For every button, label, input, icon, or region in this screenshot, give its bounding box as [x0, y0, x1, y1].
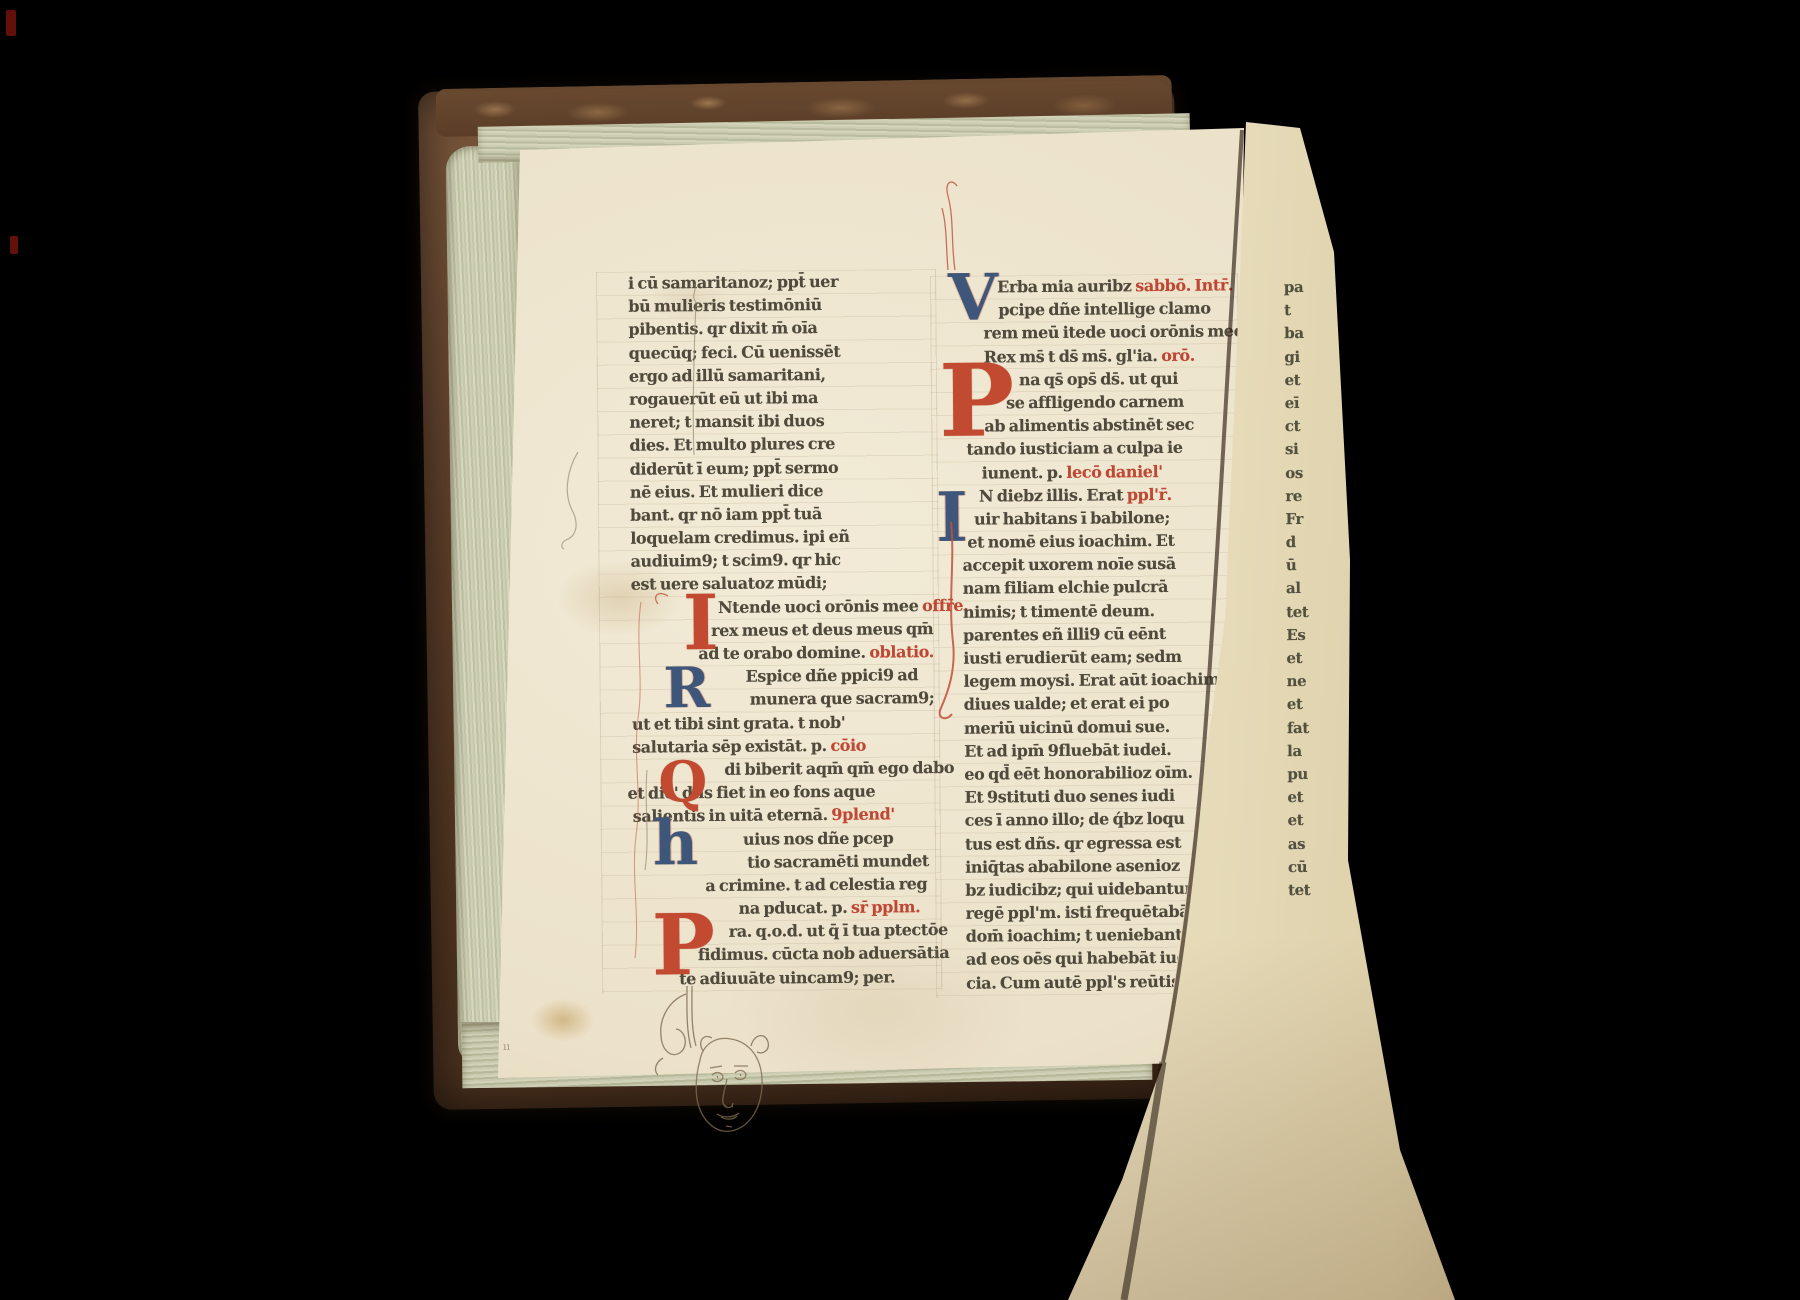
text-segment: Et 9stituti duo senes iudi — [964, 786, 1174, 807]
edge-text-fragment: et — [1286, 647, 1308, 670]
text-line: munera que sacram9; — [600, 686, 940, 712]
text-line: est uere saluatoz mūdi; — [599, 570, 939, 596]
text-line: accepit uxorem noīe susā — [932, 552, 1240, 578]
edge-text-fragment: pa — [1284, 276, 1306, 299]
text-line: legem moysi. Erat aūt ioachim — [933, 667, 1241, 693]
text-line: et dic' dñs fiet in eo fons aque — [600, 779, 940, 805]
text-line: parentes eñ illi9 cū eēnt — [933, 621, 1241, 647]
rubric-segment: cōio — [830, 735, 866, 754]
text-line: nam filiam elchie pulcrā — [933, 575, 1241, 601]
manuscript-photo: i cū samaritanoz; ppt̄ uerbū mulieris te… — [0, 0, 1800, 1300]
decorated-initial: P — [939, 355, 1015, 446]
text-segment: diues ualde; et erat ei po — [964, 693, 1170, 714]
text-segment: accepit uxorem noīe susā — [962, 554, 1175, 575]
edge-text-fragment: fat — [1287, 716, 1309, 739]
text-segment: pibentis. qr dixit m̄ oīa — [628, 318, 817, 339]
edge-text-fragment: tet — [1288, 879, 1310, 902]
text-segment: uius nos dñe pcep — [743, 828, 894, 848]
text-line: Et 9stituti duo senes iudi — [934, 783, 1242, 809]
text-segment: ad eos oēs qui habebāt iudi — [966, 948, 1193, 969]
edge-text-fragment: et — [1284, 369, 1306, 392]
text-line: diderūt ī eum; ppt̄ sermo — [598, 455, 938, 481]
text-line: dies. Et multo plures cre — [597, 431, 937, 457]
edge-text-fragment: ba — [1284, 322, 1306, 345]
edge-text-fragment: la — [1287, 740, 1309, 763]
text-segment: audiuim9; t scim9. qr hic — [630, 550, 840, 571]
text-line: di biberit aqm̄ qm̄ ego dabo — [600, 756, 940, 782]
photo-speck — [10, 236, 18, 254]
edge-text-fragment: re — [1285, 485, 1307, 508]
text-line: rogauerūt eū ut ibi ma — [597, 385, 937, 411]
edge-text-fragment: cū — [1288, 856, 1310, 879]
text-line: ut et tibi sint grata. t nob' — [600, 710, 940, 736]
text-segment: na pducat. p. — [738, 898, 851, 918]
text-segment: N diebz illis. Erat — [979, 485, 1127, 505]
edge-text-fragment: tet — [1286, 601, 1308, 624]
text-segment: diderūt ī eum; ppt̄ sermo — [630, 457, 839, 478]
edge-text-fragment: et — [1287, 786, 1309, 809]
text-segment: meriū uicinū domui sue. — [964, 716, 1170, 737]
edge-text-fragment: pu — [1287, 763, 1309, 786]
edge-text-fragment: ne — [1287, 670, 1309, 693]
text-line: N diebz illis. Erat ppl'r̄. — [932, 482, 1240, 508]
text-line: neret; t mansit ibi duos — [597, 408, 937, 434]
text-segment: ra. q.o.d. ut q̄ ī tua ptectōe — [729, 920, 948, 941]
text-line: iunent. p. lecō daniel' — [932, 459, 1240, 485]
text-segment: legem moysi. Erat aūt ioachim — [963, 670, 1219, 691]
text-segment: iniq̄tas ababilone asenioz — [965, 856, 1180, 877]
text-segment: fidimus. cūcta nob aduersātia — [698, 943, 950, 964]
folio-mark: ıı — [503, 1040, 510, 1053]
edge-text-fragment: ct — [1285, 415, 1307, 438]
text-segment: dies. Et multo plures cre — [629, 434, 835, 455]
text-segment: Et ad ipm̄ 9fluebāt iudei. — [964, 740, 1171, 761]
text-segment: nam filiam elchie pulcrā — [963, 577, 1168, 598]
edge-text-fragment: as — [1288, 832, 1310, 855]
text-line: bant. qr nō iam ppt̄ tuā — [598, 501, 938, 527]
turned-page-text-column: patbagieteīctsiosreFrdūaltetEsetneetfatl… — [1284, 276, 1311, 902]
edge-text-fragment: eī — [1285, 392, 1307, 415]
decorated-initial: V — [948, 269, 998, 327]
text-segment: eo qd̄ eēt honorabilioz oīm. — [964, 763, 1192, 784]
text-line: Ntende uoci orōnis mee offr̄e. — [599, 594, 939, 620]
decorated-initial: P — [652, 907, 716, 983]
text-line: i cū samaritanoz; ppt̄ uer — [596, 269, 936, 295]
text-segment: rex meus et deus meus qm̄ — [711, 619, 933, 640]
edge-text-fragment: os — [1285, 461, 1307, 484]
decorated-initial: R — [663, 663, 710, 714]
text-segment: ab alimentis abstinēt sec — [984, 415, 1194, 436]
edge-text-fragment: et — [1288, 809, 1310, 832]
text-segment: rem meū itede uoci orōnis mee. — [983, 322, 1248, 343]
text-line: Espice dñe ppici9 ad — [599, 663, 939, 689]
edge-text-fragment: Es — [1286, 624, 1308, 647]
decorated-initial: Q — [658, 757, 707, 808]
text-segment: tus est dñs. qr egressa est — [965, 832, 1181, 853]
text-segment: neret; t mansit ibi duos — [629, 411, 824, 432]
edge-text-fragment: t — [1284, 299, 1306, 322]
text-line: audiuim9; t scim9. qr hic — [598, 547, 938, 573]
text-segment: iunent. p. — [982, 462, 1067, 482]
rubric-segment: sr̄ pplm. — [851, 897, 920, 917]
text-segment: na qs̄ ops̄ ds̄. ut qui — [1019, 369, 1178, 389]
text-line: salutaria sēp existāt. p. cōio — [600, 733, 940, 759]
text-line: nē eius. Et mulieri dice — [598, 478, 938, 504]
text-segment: i cū samaritanoz; ppt̄ uer — [628, 272, 838, 293]
text-segment: nē eius. Et mulieri dice — [630, 481, 823, 502]
text-segment: uir habitans ī babilone; — [974, 508, 1170, 529]
text-segment: munera que sacram9; — [750, 688, 935, 709]
text-segment: bū mulieris testimōniū — [628, 295, 822, 316]
edge-text-fragment: d — [1286, 531, 1308, 554]
text-segment: rogauerūt eū ut ibi ma — [629, 388, 818, 409]
text-segment: se affligendo carnem — [1006, 392, 1184, 413]
edge-text-fragment: ū — [1286, 554, 1308, 577]
text-line: uir habitans ī babilone; — [932, 505, 1240, 531]
text-line: ad te orabo domine. oblatio. — [599, 640, 939, 666]
text-line: quecūq; feci. Cū uenissēt — [597, 339, 937, 365]
text-segment: cia. Cum autē ppl's reūtiss; — [966, 971, 1194, 992]
text-segment: tio sacramēti mundet — [747, 851, 929, 872]
text-segment: bant. qr nō iam ppt̄ tuā — [630, 504, 822, 525]
decorated-initial: h — [653, 815, 699, 871]
rubric-segment: orō. — [1161, 345, 1195, 364]
edge-text-fragment: Fr — [1285, 508, 1307, 531]
rubric-segment: 9plend' — [831, 805, 895, 825]
rubric-segment: sabbō. Intr̄. — [1135, 275, 1233, 295]
rubric-segment: oblatio. — [869, 642, 934, 662]
text-segment: ergo ad illū samaritani, — [629, 365, 826, 386]
rubric-segment: lecō daniel' — [1066, 461, 1163, 481]
edge-text-fragment: si — [1285, 438, 1307, 461]
rubric-segment: ppl'r̄. — [1127, 485, 1172, 504]
text-segment: ad te orabo domine. — [698, 643, 869, 663]
text-line: eo qd̄ eēt honorabilioz oīm. — [934, 760, 1242, 786]
text-line: iusti erudierūt eam; sedm — [933, 644, 1241, 670]
text-segment: regē ppl'm. isti frequētabāt — [965, 902, 1196, 923]
photo-speck — [6, 10, 16, 36]
text-segment: Ntende uoci orōnis mee — [718, 596, 922, 617]
text-segment: iusti erudierūt eam; sedm — [963, 647, 1181, 668]
text-segment: a crimine. t ad celestia reg — [705, 874, 927, 895]
text-line: Et ad ipm̄ 9fluebāt iudei. — [934, 737, 1242, 763]
text-line: pibentis. qr dixit m̄ oīa — [596, 315, 936, 341]
decorated-initial: I — [683, 589, 719, 658]
text-line: diues ualde; et erat ei po — [934, 691, 1242, 717]
text-line: rex meus et deus meus qm̄ — [599, 617, 939, 643]
left-text-column: i cū samaritanoz; ppt̄ uerbū mulieris te… — [596, 269, 942, 994]
text-segment: et nomē eius ioachim. Et — [967, 531, 1174, 552]
text-segment: quecūq; feci. Cū uenissēt — [629, 341, 841, 362]
text-segment: est uere saluatoz mūdi; — [631, 573, 828, 594]
text-segment: nimis; t timentē deum. — [963, 601, 1155, 622]
edge-text-fragment: gi — [1284, 345, 1306, 368]
text-line: bū mulieris testimōniū — [596, 292, 936, 318]
text-segment: ces ī anno illo; de q́bz loqu — [965, 809, 1185, 830]
text-segment: bz iudicibz; qui uidebantur — [965, 879, 1192, 900]
text-segment: parentes eñ illi9 cū eēnt — [963, 624, 1166, 645]
decorated-initial: I — [936, 488, 968, 549]
edge-text-fragment: et — [1287, 693, 1309, 716]
edge-text-fragment: al — [1286, 577, 1308, 600]
text-segment: dom̄ ioachim; t ueniebant — [966, 925, 1183, 946]
text-segment: pcipe dñe intellige clamo — [998, 299, 1210, 320]
text-line: loquelam credimus. ipi eñ — [598, 524, 938, 550]
text-line: et nomē eius ioachim. Et — [932, 528, 1240, 554]
text-segment: di biberit aqm̄ qm̄ ego dabo — [724, 758, 954, 779]
text-segment: loquelam credimus. ipi eñ — [630, 527, 849, 548]
text-line: meriū uicinū domui sue. — [934, 714, 1242, 740]
text-segment: Erba mia auribz — [997, 276, 1135, 296]
text-segment: Espice dñe ppici9 ad — [745, 665, 918, 686]
text-line: nimis; t timentē deum. — [933, 598, 1241, 624]
text-line: ergo ad illū samaritani, — [597, 362, 937, 388]
